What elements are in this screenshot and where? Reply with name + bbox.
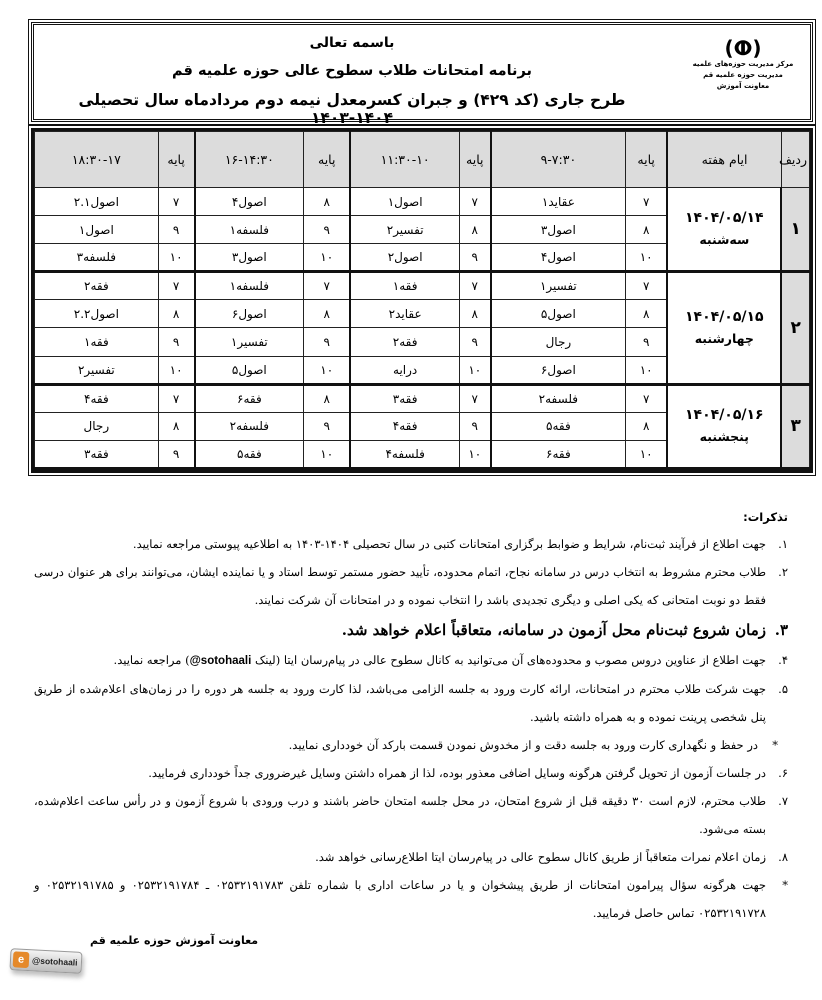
note-text: طلاب محترم، لازم است ۳۰ دقیقه قبل از شرو… — [34, 794, 766, 836]
exam-day: ۱۴۰۴/۰۵/۱۵چهارشنبه — [667, 272, 781, 384]
org-line: معاونت آموزش — [688, 81, 798, 92]
level-cell: ۱۰ — [304, 440, 351, 468]
note-subitem: * در حفظ و نگهداری کارت ورود به جلسه دقت… — [34, 731, 788, 759]
col-slot-3: ۱۶-۱۴:۳۰ — [195, 132, 304, 188]
level-cell: ۱۰ — [158, 356, 194, 384]
note-number: ۱. — [778, 530, 788, 558]
org-line: مرکز مدیریت حوزه‌های علمیه — [688, 59, 798, 70]
weekday: سه‌شنبه — [670, 229, 778, 251]
level-cell: ۱۰ — [459, 356, 490, 384]
note-number: ۲. — [778, 558, 788, 586]
level-cell: ۸ — [626, 412, 668, 440]
subject-cell: فقه۱ — [350, 272, 459, 300]
col-slot-4: ۱۸:۳۰-۱۷ — [35, 132, 159, 188]
subject-cell: اصول۳ — [491, 216, 626, 244]
level-cell: ۱۰ — [158, 244, 194, 272]
col-paye: پایه — [158, 132, 194, 188]
note-text: در جلسات آزمون از تحویل گرفتن هرگونه وسا… — [148, 766, 766, 780]
note-text: جهت هرگونه سؤال پیرامون امتحانات از طریق… — [34, 878, 766, 920]
note-text: زمان اعلام نمرات متعاقباً از طریق کانال … — [315, 850, 766, 864]
level-cell: ۸ — [304, 188, 351, 216]
subject-cell: فقه۶ — [195, 384, 304, 412]
subject-cell: فقه۱ — [35, 328, 159, 356]
level-cell: ۷ — [158, 272, 194, 300]
row-number: ۱ — [781, 188, 809, 272]
subject-cell: فقه۵ — [195, 440, 304, 468]
subject-cell: تفسیر۲ — [35, 356, 159, 384]
level-cell: ۸ — [459, 300, 490, 328]
level-cell: ۷ — [626, 272, 668, 300]
note-number: ۵. — [778, 675, 788, 703]
subject-cell: فقه۲ — [35, 272, 159, 300]
level-cell: ۱۰ — [304, 356, 351, 384]
note-item: ۷. طلاب محترم، لازم است ۳۰ دقیقه قبل از … — [34, 787, 788, 843]
subject-cell: اصول۴ — [491, 244, 626, 272]
org-line: مدیریت حوزه علمیه قم — [688, 70, 798, 81]
subject-cell: فلسفه۱ — [195, 272, 304, 300]
col-radif: ردیف — [781, 132, 809, 188]
document-subtitle: طرح جاری (کد ۴۲۹) و جبران کسرمعدل نیمه د… — [44, 91, 660, 127]
level-cell: ۹ — [459, 244, 490, 272]
note-number: ۶. — [778, 759, 788, 787]
level-cell: ۸ — [158, 300, 194, 328]
subject-cell: فلسفه۳ — [35, 244, 159, 272]
note-text: زمان شروع ثبت‌نام محل آزمون در سامانه، م… — [342, 621, 766, 639]
level-cell: ۱۰ — [626, 244, 668, 272]
level-cell: ۷ — [626, 188, 668, 216]
organization-block: (ⵀ) مرکز مدیریت حوزه‌های علمیه مدیریت حو… — [688, 37, 798, 92]
exam-day: ۱۴۰۴/۰۵/۱۶پنجشنبه — [667, 384, 781, 468]
note-item: ۲. طلاب محترم مشروط به انتخاب درس در سام… — [34, 558, 788, 614]
row-number: ۳ — [781, 384, 809, 468]
subject-cell: اصول۱ — [350, 188, 459, 216]
header-row: ردیف ایام هفته پایه ۹-۷:۳۰ پایه ۱۱:۳۰-۱۰… — [35, 132, 810, 188]
document-title: برنامه امتحانات طلاب سطوح عالی حوزه علمی… — [44, 63, 660, 79]
subject-cell: اصول۵ — [491, 300, 626, 328]
table-row: ۳۱۴۰۴/۰۵/۱۶پنجشنبه۷فلسفه۲۷فقه۳۸فقه۶۷فقه۴ — [35, 384, 810, 412]
asterisk-icon: * — [782, 871, 788, 899]
exam-date: ۱۴۰۴/۰۵/۱۶ — [670, 404, 778, 426]
note-text: طلاب محترم مشروط به انتخاب درس در سامانه… — [34, 565, 766, 607]
level-cell: ۸ — [304, 384, 351, 412]
note-item: ۶. در جلسات آزمون از تحویل گرفتن هرگونه … — [34, 759, 788, 787]
schedule-table: ردیف ایام هفته پایه ۹-۷:۳۰ پایه ۱۱:۳۰-۱۰… — [34, 131, 810, 470]
subject-cell: رجال — [35, 412, 159, 440]
level-cell: ۸ — [304, 300, 351, 328]
col-slot-2: ۱۱:۳۰-۱۰ — [350, 132, 459, 188]
level-cell: ۷ — [626, 384, 668, 412]
asterisk-icon: * — [772, 731, 778, 759]
subject-cell: عقاید۲ — [350, 300, 459, 328]
subject-cell: اصول۴ — [195, 188, 304, 216]
col-slot-1: ۹-۷:۳۰ — [491, 132, 626, 188]
note-text: جهت شرکت طلاب محترم در امتحانات، ارائه ک… — [34, 682, 766, 724]
subject-cell: فقه۴ — [35, 384, 159, 412]
exam-date: ۱۴۰۴/۰۵/۱۵ — [670, 306, 778, 328]
level-cell: ۱۰ — [626, 356, 668, 384]
subject-cell: فلسفه۴ — [350, 440, 459, 468]
level-cell: ۹ — [158, 216, 194, 244]
note-number: ۸. — [778, 843, 788, 871]
subject-cell: اصول۲.۱ — [35, 188, 159, 216]
col-day: ایام هفته — [667, 132, 781, 188]
subject-cell: فقه۶ — [491, 440, 626, 468]
note-text: جهت اطلاع از عناوین دروس مصوب و محدوده‌ه… — [251, 653, 766, 667]
subject-cell: تفسیر۱ — [195, 328, 304, 356]
table-row: ۱۱۴۰۴/۰۵/۱۴سه‌شنبه۷عقاید۱۷اصول۱۸اصول۴۷اص… — [35, 188, 810, 216]
subject-cell: درایه — [350, 356, 459, 384]
level-cell: ۹ — [158, 440, 194, 468]
level-cell: ۹ — [304, 328, 351, 356]
watermark-badge: e @sotohaali — [9, 948, 82, 974]
level-cell: ۹ — [158, 328, 194, 356]
subject-cell: اصول۳ — [195, 244, 304, 272]
note-text: ) مراجعه نمایید. — [114, 653, 190, 667]
watermark-handle: @sotohaali — [32, 955, 78, 967]
level-cell: ۷ — [304, 272, 351, 300]
subject-cell: اصول۲.۲ — [35, 300, 159, 328]
note-item: ۵. جهت شرکت طلاب محترم در امتحانات، ارائ… — [34, 675, 788, 731]
subject-cell: فقه۴ — [350, 412, 459, 440]
channel-link[interactable]: @sotohaali — [190, 655, 252, 667]
note-number: ۷. — [778, 787, 788, 815]
level-cell: ۹ — [304, 412, 351, 440]
col-paye: پایه — [304, 132, 351, 188]
level-cell: ۹ — [459, 328, 490, 356]
subject-cell: عقاید۱ — [491, 188, 626, 216]
table-row: ۲۱۴۰۴/۰۵/۱۵چهارشنبه۷تفسیر۱۷فقه۱۷فلسفه۱۷ف… — [35, 272, 810, 300]
level-cell: ۸ — [158, 412, 194, 440]
level-cell: ۷ — [459, 384, 490, 412]
level-cell: ۷ — [459, 188, 490, 216]
exam-schedule: ردیف ایام هفته پایه ۹-۷:۳۰ پایه ۱۱:۳۰-۱۰… — [31, 128, 813, 473]
level-cell: ۸ — [459, 216, 490, 244]
notes-title: تذکرات: — [34, 510, 788, 524]
level-cell: ۹ — [626, 328, 668, 356]
level-cell: ۷ — [158, 188, 194, 216]
subject-cell: اصول۶ — [491, 356, 626, 384]
level-cell: ۸ — [626, 300, 668, 328]
note-item-highlighted: ۳. زمان شروع ثبت‌نام محل آزمون در سامانه… — [34, 614, 788, 646]
note-item: ۸. زمان اعلام نمرات متعاقباً از طریق کان… — [34, 843, 788, 871]
exam-day: ۱۴۰۴/۰۵/۱۴سه‌شنبه — [667, 188, 781, 272]
subject-cell: فقه۳ — [35, 440, 159, 468]
subject-cell: اصول۵ — [195, 356, 304, 384]
level-cell: ۱۰ — [626, 440, 668, 468]
weekday: پنجشنبه — [670, 426, 778, 448]
note-text: در حفظ و نگهداری کارت ورود به جلسه دقت و… — [289, 738, 758, 752]
exam-date: ۱۴۰۴/۰۵/۱۴ — [670, 207, 778, 229]
subject-cell: فلسفه۲ — [195, 412, 304, 440]
level-cell: ۹ — [459, 412, 490, 440]
subject-cell: فقه۲ — [350, 328, 459, 356]
bismillah-line: باسمه تعالی — [44, 35, 660, 51]
notes-section: تذکرات: ۱. جهت اطلاع از فرآیند ثبت‌نام، … — [34, 510, 788, 927]
note-number: ۳. — [775, 614, 788, 646]
subject-cell: تفسیر۱ — [491, 272, 626, 300]
note-text: جهت اطلاع از فرآیند ثبت‌نام، شرایط و ضوا… — [133, 537, 766, 551]
col-paye: پایه — [626, 132, 668, 188]
subject-cell: تفسیر۲ — [350, 216, 459, 244]
subject-cell: اصول۶ — [195, 300, 304, 328]
row-number: ۲ — [781, 272, 809, 384]
iran-emblem-icon: (ⵀ) — [688, 37, 798, 59]
subject-cell: اصول۲ — [350, 244, 459, 272]
level-cell: ۷ — [158, 384, 194, 412]
subject-cell: فلسفه۱ — [195, 216, 304, 244]
level-cell: ۸ — [626, 216, 668, 244]
eitaa-logo-icon: e — [13, 951, 30, 968]
weekday: چهارشنبه — [670, 328, 778, 350]
subject-cell: رجال — [491, 328, 626, 356]
level-cell: ۹ — [304, 216, 351, 244]
note-item: ۴. جهت اطلاع از عناوین دروس مصوب و محدود… — [34, 646, 788, 675]
subject-cell: اصول۱ — [35, 216, 159, 244]
note-subitem: * جهت هرگونه سؤال پیرامون امتحانات از طر… — [34, 871, 788, 927]
col-paye: پایه — [459, 132, 490, 188]
level-cell: ۷ — [459, 272, 490, 300]
subject-cell: فقه۵ — [491, 412, 626, 440]
note-number: ۴. — [778, 646, 788, 674]
subject-cell: فلسفه۲ — [491, 384, 626, 412]
subject-cell: فقه۳ — [350, 384, 459, 412]
note-item: ۱. جهت اطلاع از فرآیند ثبت‌نام، شرایط و … — [34, 530, 788, 558]
level-cell: ۱۰ — [459, 440, 490, 468]
document-header: باسمه تعالی برنامه امتحانات طلاب سطوح عا… — [31, 22, 813, 122]
signature: معاونت آموزش حوزه علمیه قم — [90, 934, 258, 947]
level-cell: ۱۰ — [304, 244, 351, 272]
